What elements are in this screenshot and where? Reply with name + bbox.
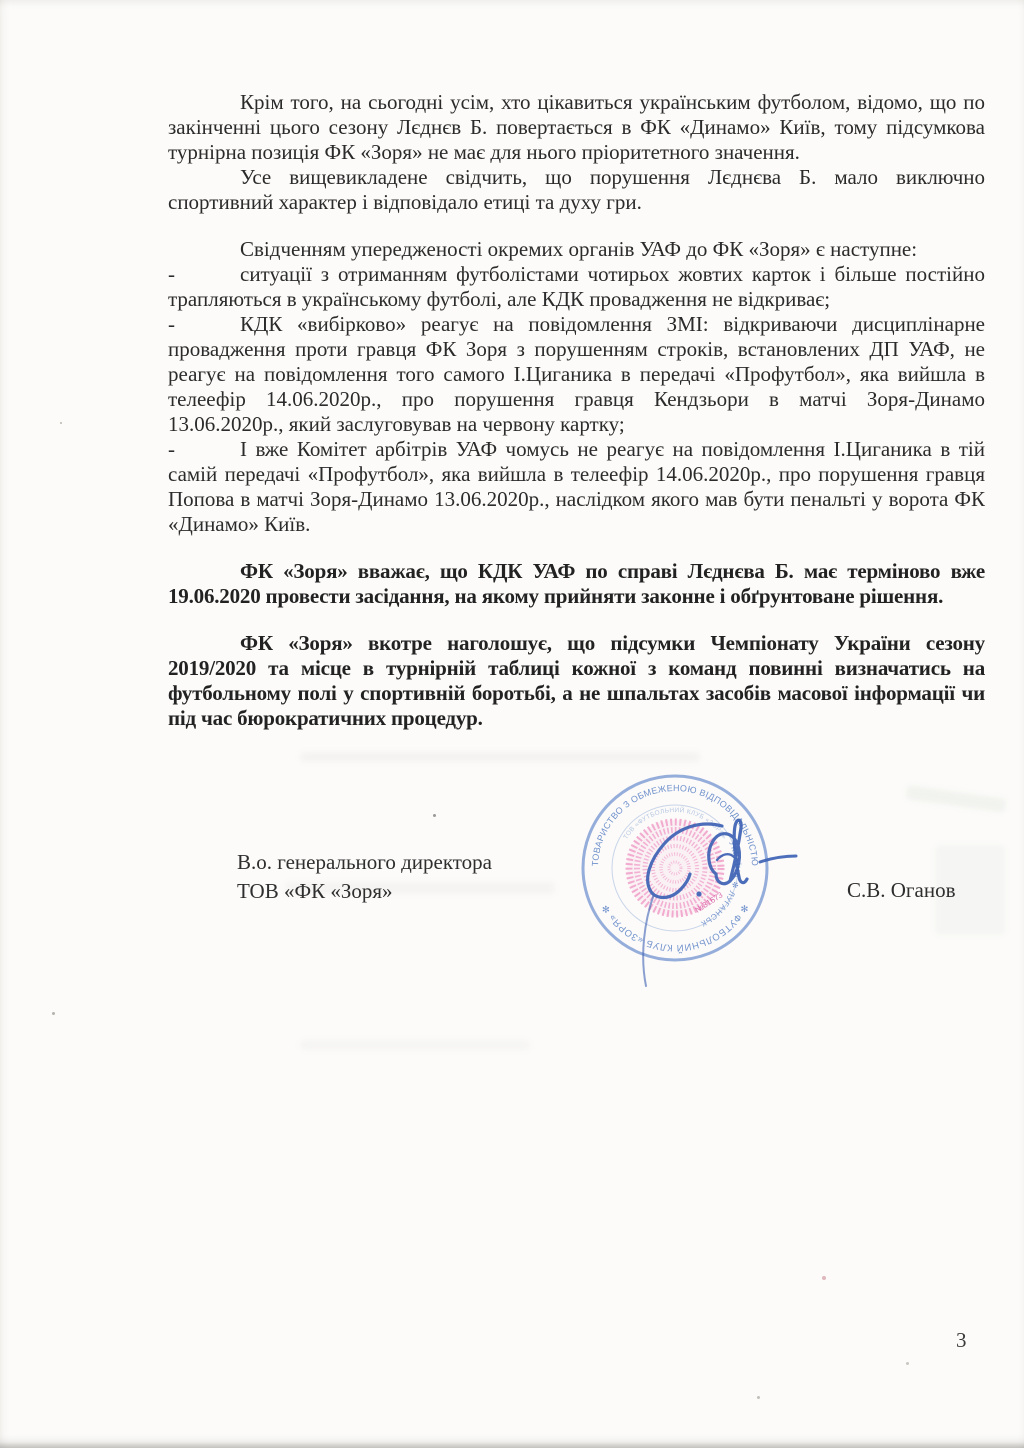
signature-stroke (730, 820, 747, 882)
paragraph: Крім того, на сьогодні усім, хто цікавит… (168, 90, 985, 165)
scan-speck (906, 1362, 909, 1365)
signature-stroke (717, 854, 734, 860)
bullet-text: І вже Комітет арбітрів УАФ чомусь не реа… (168, 437, 985, 536)
signature-stroke (760, 856, 796, 862)
signatory-name: С.В. Оганов (847, 878, 956, 903)
bullet-dash: - (168, 262, 240, 287)
bullet-text: КДК «вибірково» реагує на повідомлення З… (168, 312, 985, 436)
signature-stroke (648, 824, 722, 897)
scan-speck (52, 1012, 55, 1015)
bleedthrough-mark (906, 785, 1007, 813)
scan-speck (60, 422, 62, 424)
scan-speck (822, 1276, 826, 1280)
signatory-title: В.о. генерального директора ТОВ «ФК «Зор… (237, 848, 492, 906)
bullet-dash: - (168, 437, 240, 462)
paragraph: Усе вищевикладене свідчить, що порушення… (168, 165, 985, 215)
scan-speck (433, 814, 436, 817)
paragraph-bold: ФК «Зоря» вважає, що КДК УАФ по справі Л… (168, 559, 985, 609)
bullet-paragraph: -ситуації з отриманням футболістами чоти… (168, 262, 985, 312)
signatory-title-line1: В.о. генерального директора (237, 848, 492, 877)
document-page: Крім того, на сьогодні усім, хто цікавит… (0, 0, 1024, 1448)
bullet-paragraph: -І вже Комітет арбітрів УАФ чомусь не ре… (168, 437, 985, 537)
bullet-paragraph: -КДК «вибірково» реагує на повідомлення … (168, 312, 985, 437)
bleedthrough-mark (300, 1040, 530, 1050)
paragraph-bold: ФК «Зоря» вкотре наголошує, що підсумки … (168, 631, 985, 731)
signature-dot (696, 891, 701, 896)
handwritten-signature (600, 780, 820, 1000)
page-number: 3 (956, 1328, 967, 1353)
bullet-dash: - (168, 312, 240, 337)
paragraph: Свідченням упередженості окремих органів… (168, 237, 985, 262)
letter-body: Крім того, на сьогодні усім, хто цікавит… (168, 90, 985, 731)
signatory-title-line2: ТОВ «ФК «Зоря» (237, 877, 492, 906)
signature-stroke (643, 894, 654, 986)
bullet-text: ситуації з отриманням футболістами чотир… (168, 262, 985, 311)
scan-speck (757, 1396, 760, 1399)
